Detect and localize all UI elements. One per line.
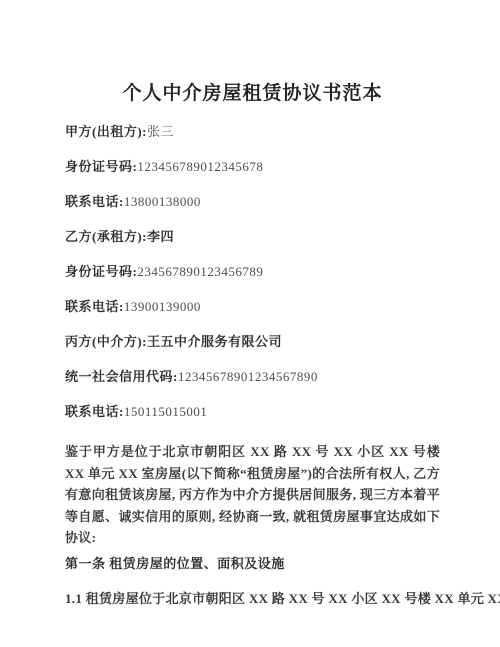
party-b-id-number: 234567890123456789 [137,264,263,279]
party-b-id-line: 身份证号码:234567890123456789 [65,265,440,279]
party-b-label: 乙方(承租方): [65,229,147,244]
party-c-credit-code-label: 统一社会信用代码: [65,369,178,384]
party-c-phone-label: 联系电话: [65,404,124,419]
party-a-id-label: 身份证号码: [65,159,137,174]
party-b-line: 乙方(承租方):李四 [65,230,440,244]
contract-document-page: 个人中介房屋租赁协议书范本 甲方(出租方):张三 身份证号码:123456789… [0,0,500,647]
party-b-id-label: 身份证号码: [65,264,137,279]
party-a-phone-line: 联系电话:13800138000 [65,195,440,209]
party-a-line: 甲方(出租方):张三 [65,125,440,139]
party-c-credit-code-number: 12345678901234567890 [178,369,318,384]
party-b-phone-label: 联系电话: [65,299,124,314]
party-c-label: 丙方(中介方): [65,334,147,349]
article-1-heading: 第一条 租赁房屋的位置、面积及设施 [65,557,440,571]
preamble-paragraph: 鉴于甲方是位于北京市朝阳区 XX 路 XX 号 XX 小区 XX 号楼 XX 单… [65,441,440,549]
party-b-name: 李四 [147,229,174,244]
party-a-name: 张三 [147,124,174,139]
party-a-id-number: 123456789012345678 [137,159,263,174]
party-c-credit-code-line: 统一社会信用代码:12345678901234567890 [65,370,440,384]
party-a-phone-number: 13800138000 [124,194,201,209]
party-a-phone-label: 联系电话: [65,194,124,209]
party-a-label: 甲方(出租方): [65,124,147,139]
party-c-phone-line: 联系电话:150115015001 [65,405,440,419]
clause-1-1: 1.1 租赁房屋位于北京市朝阳区 XX 路 XX 号 XX 小区 XX 号楼 X… [65,592,440,606]
party-c-line: 丙方(中介方):王五中介服务有限公司 [65,335,440,349]
party-c-name: 王五中介服务有限公司 [147,334,282,349]
party-b-phone-number: 13900139000 [124,299,201,314]
party-b-phone-line: 联系电话:13900139000 [65,300,440,314]
party-c-phone-number: 150115015001 [124,404,208,419]
party-a-id-line: 身份证号码:123456789012345678 [65,160,440,174]
document-title: 个人中介房屋租赁协议书范本 [65,84,440,104]
